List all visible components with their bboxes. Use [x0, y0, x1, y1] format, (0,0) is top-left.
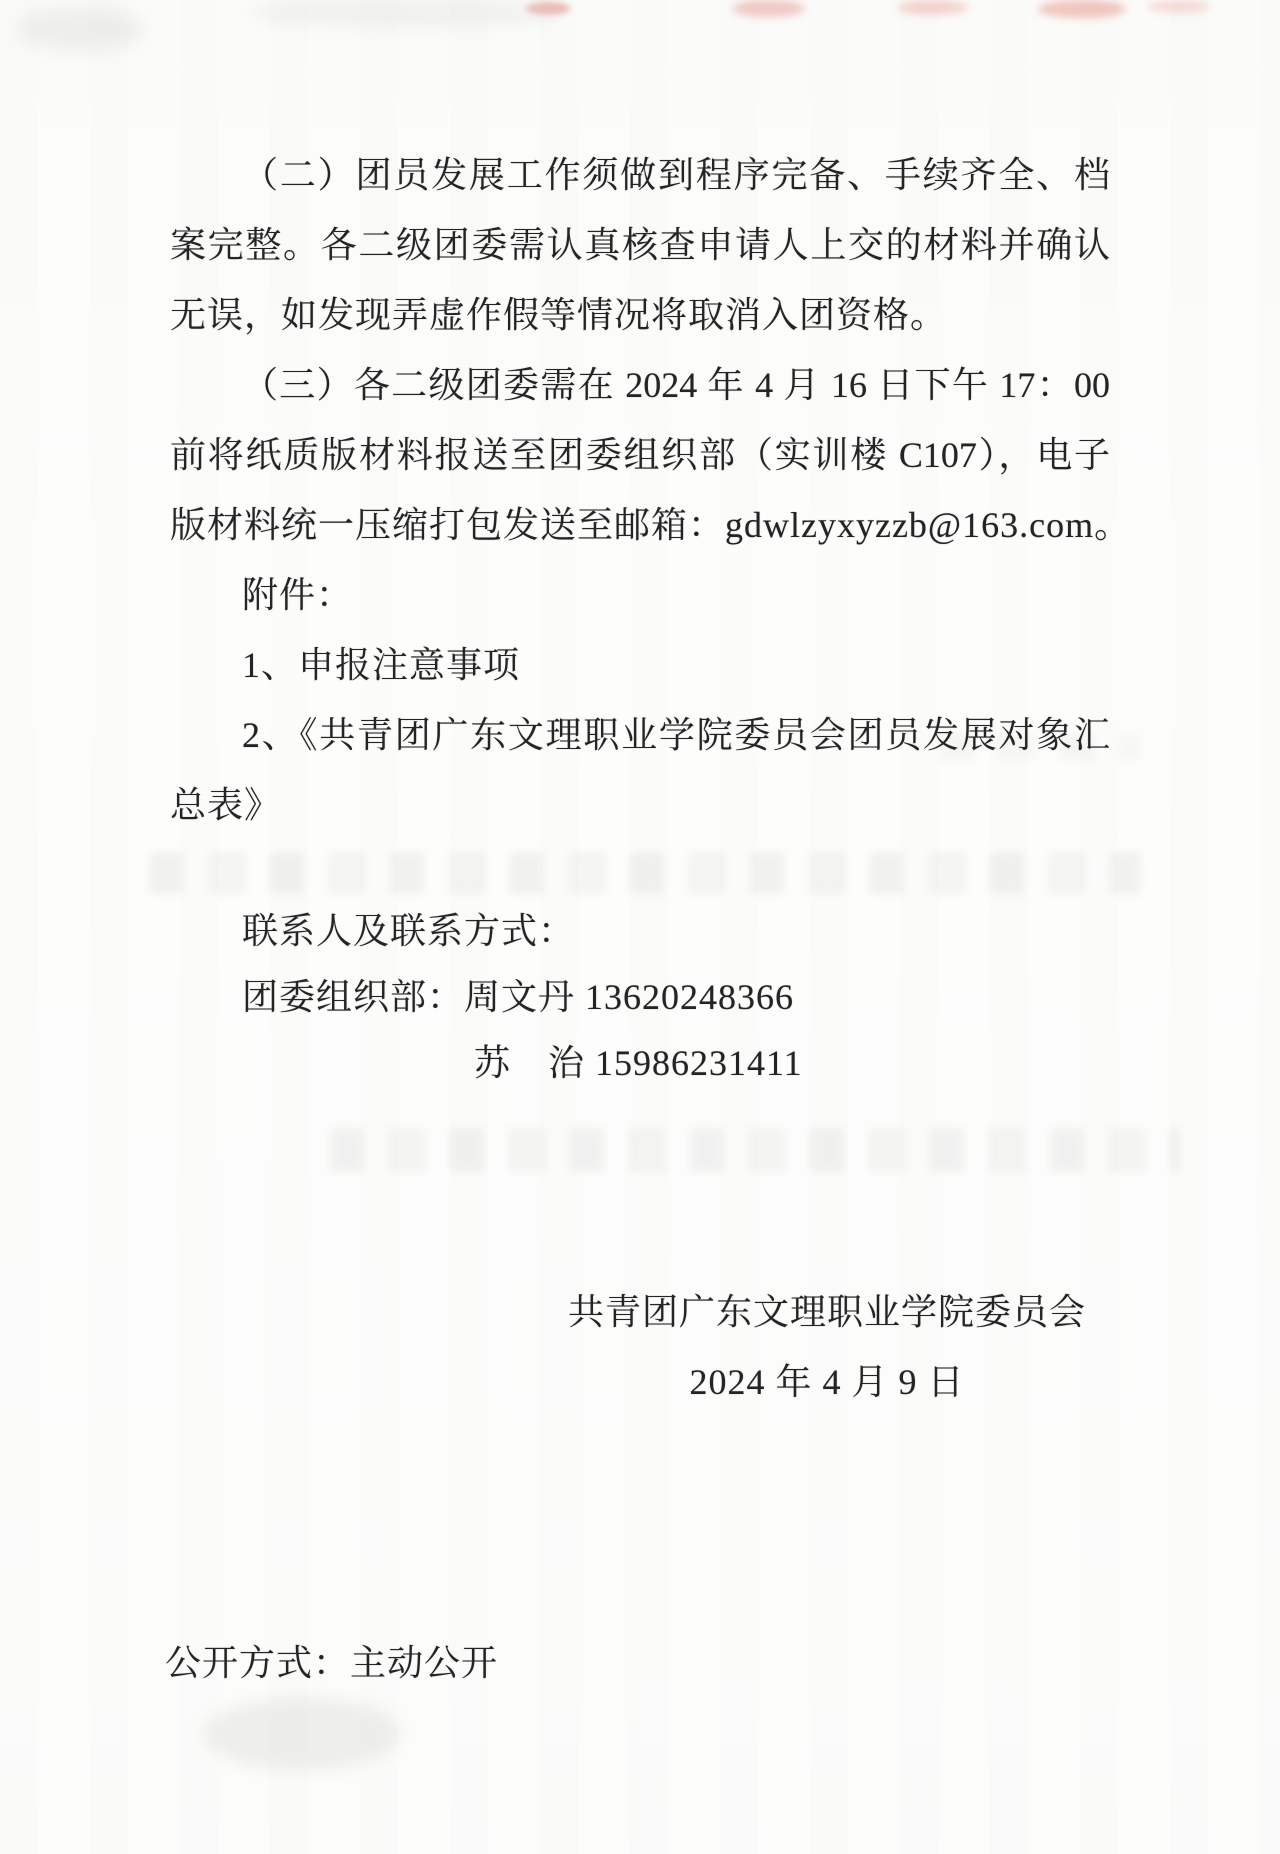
contact-heading: 联系人及联系方式：	[170, 898, 1110, 964]
signature-organization: 共青团广东文理职业学院委员会	[547, 1277, 1107, 1347]
paragraph-2-line: （二）团员发展工作须做到程序完备、手续齐全、档	[170, 140, 1110, 210]
signature-block: 共青团广东文理职业学院委员会 2024 年 4 月 9 日	[547, 1277, 1107, 1417]
attachment-item-1: 1、申报注意事项	[170, 630, 1110, 700]
red-scan-smudge	[898, 0, 968, 15]
paragraph-3-line: （三）各二级团委需在 2024 年 4 月 16 日下午 17：00	[170, 350, 1110, 420]
contact-line-org-phone: 团委组织部：周文丹 13620248366	[170, 964, 1110, 1030]
contact-line-second-phone: 苏 治 15986231411	[474, 1030, 1110, 1096]
red-scan-smudge	[1148, 0, 1210, 13]
bleed-through-ghost-text	[330, 1128, 1180, 1172]
gray-scan-smudge	[205, 1698, 400, 1770]
contact-block: 联系人及联系方式： 团委组织部：周文丹 13620248366 苏 治 1598…	[170, 898, 1110, 1096]
red-scan-smudge	[733, 0, 805, 17]
signature-date: 2024 年 4 月 9 日	[547, 1347, 1107, 1417]
gray-scan-smudge	[18, 8, 143, 50]
disclosure-footer: 公开方式：主动公开	[165, 1638, 498, 1688]
attachment-item-2-line: 总表》	[170, 770, 1110, 840]
paragraph-2-line: 案完整。各二级团委需认真核查申请人上交的材料并确认	[170, 210, 1110, 280]
scanned-notice-page: （二）团员发展工作须做到程序完备、手续齐全、档 案完整。各二级团委需认真核查申请…	[0, 0, 1280, 1854]
attachments-label: 附件：	[170, 560, 1110, 630]
paragraph-3-line: 版材料统一压缩打包发送至邮箱：gdwlzyxyzzb@163.com。	[170, 490, 1110, 560]
attachment-item-2-line: 2、《共青团广东文理职业学院委员会团员发展对象汇	[170, 700, 1110, 770]
paragraph-3-line: 前将纸质版材料报送至团委组织部（实训楼 C107），电子	[170, 420, 1110, 490]
red-scan-smudge	[1038, 0, 1126, 18]
paragraph-2-line: 无误，如发现弄虚作假等情况将取消入团资格。	[170, 280, 1110, 350]
red-scan-smudge	[526, 2, 570, 15]
document-body: （二）团员发展工作须做到程序完备、手续齐全、档 案完整。各二级团委需认真核查申请…	[170, 140, 1110, 1096]
gray-scan-smudge	[250, 0, 560, 26]
